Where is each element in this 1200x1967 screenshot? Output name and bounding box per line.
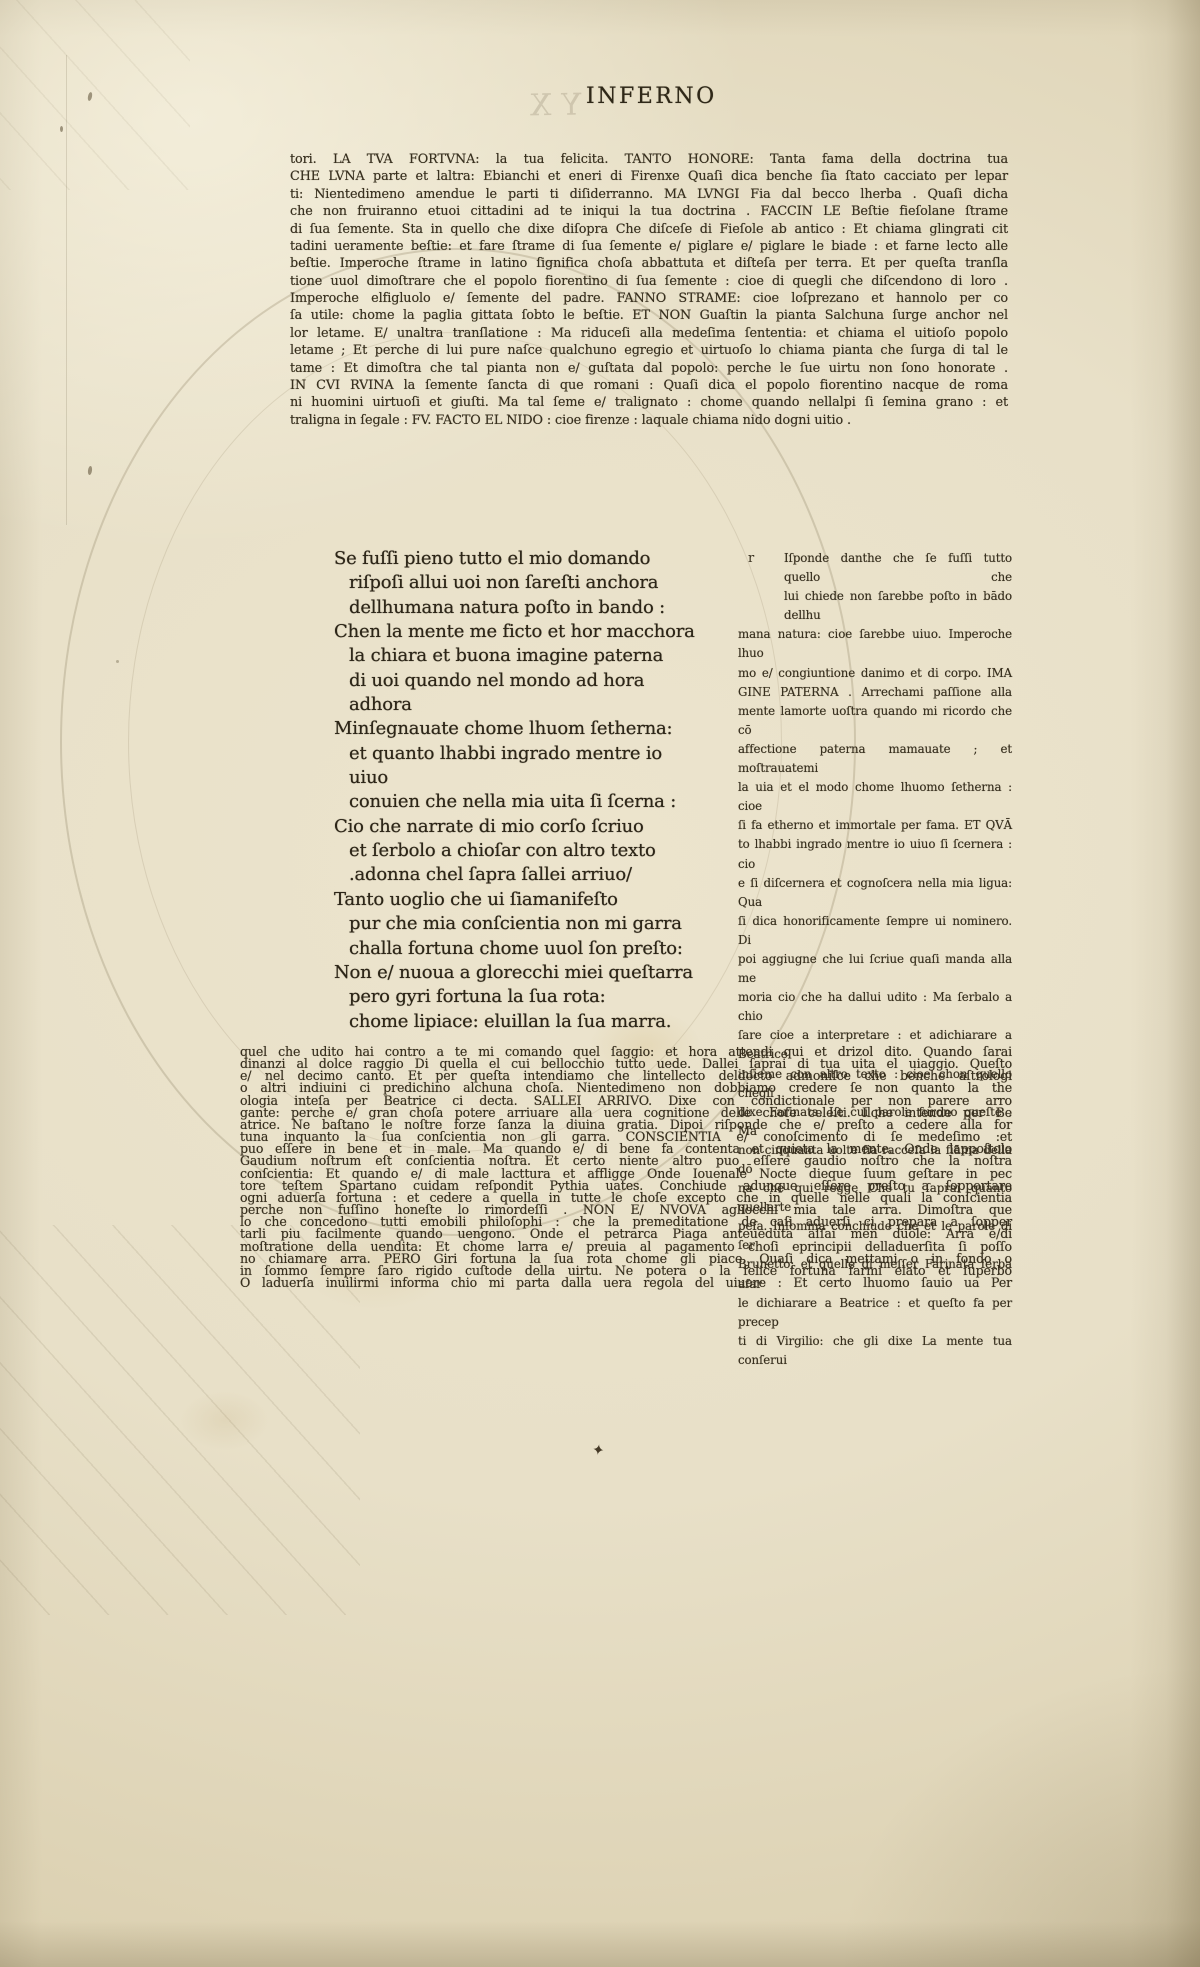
text-line: tame : Et dimoſtra che tal pianta non e/…	[290, 360, 1008, 377]
text-line: Imperoche elfigluolo e/ ſemente del padr…	[290, 290, 1008, 307]
ink-speck	[87, 466, 92, 475]
text-line: to lhabbi ingrado mentre io uiuo ſi ſcer…	[738, 835, 1012, 873]
text-line: CHE LVNA parte et laltra: Ebianchi et en…	[290, 168, 1008, 185]
text-line: pur che mia conſcientia non mi garra	[334, 912, 704, 936]
text-line: la uia et el modo chome lhuomo ſetherna …	[738, 778, 1012, 816]
text-line: challa fortuna chome uuol ſon preſto:	[334, 937, 704, 961]
text-line: ti di Virgilio: che gli dixe La mente tu…	[738, 1332, 1012, 1370]
text-line: ſi fa etherno et immortale per fama. ET …	[738, 816, 1012, 835]
text-line: che non fruiranno etuoi cittadini ad te …	[290, 203, 1008, 220]
text-line: moria cio che ha dallui udito : Ma ſerba…	[738, 988, 1012, 1026]
text-line: Non e/ nuoua a glorecchi miei queſtarra	[334, 961, 704, 985]
ink-speck	[116, 660, 119, 663]
text-line: IN CVI RVINA la ſemente ſancta di que ro…	[290, 377, 1008, 394]
text-line: ti: Nientedimeno amendue le parti ti diſ…	[290, 186, 1008, 203]
text-line: riſpoſi allui uoi non ſareſti anchora	[334, 571, 704, 595]
book-page: YX INFERNO tori. LA TVA FORTVNA: la tua …	[0, 0, 1200, 1967]
running-title: INFERNO	[586, 84, 717, 109]
text-line: Chen la mente me ficto et hor macchora	[334, 620, 704, 644]
text-line: Cio che narrate di mio corſo ſcriuo	[334, 815, 704, 839]
text-line: lui chiede non ſarebbe poſto in bādo del…	[738, 587, 1012, 625]
text-line: O laduerſa inuilirmi informa chio mi par…	[240, 1277, 1012, 1289]
text-line: affectione paterna mamauate ; et moſtrau…	[738, 740, 1012, 778]
text-line: beſtie. Imperoche ſtrame in latino ſigni…	[290, 255, 1008, 272]
text-line: letame ; Et perche di lui pure naſce qua…	[290, 342, 1008, 359]
text-line: GINE PATERNA . Arrechami paſſione alla	[738, 683, 1012, 702]
paper-crease	[66, 55, 67, 525]
text-line: ſa utile: chome la paglia gittata ſobto …	[290, 307, 1008, 324]
text-line: Iſponde danthe che ſe fuſſi tutto quello…	[738, 549, 1012, 587]
text-line: et ſerbolo a chioſar con altro texto	[334, 839, 704, 863]
text-line: Se fuſſi pieno tutto el mio domando	[334, 547, 704, 571]
paper-stain	[180, 1390, 270, 1450]
text-line: le dichiarare a Beatrice : et queſto fa …	[738, 1294, 1012, 1332]
text-line: Tanto uoglio che ui ſiamanifeſto	[334, 888, 704, 912]
text-line: mo e/ congiuntione danimo et di corpo. I…	[738, 664, 1012, 683]
commentary-top-block: tori. LA TVA FORTVNA: la tua felicita. T…	[290, 151, 1008, 429]
text-line: chome lipiace: eluillan la ſua marra.	[334, 1010, 704, 1034]
text-line: dellhumana natura poſto in bando :	[334, 596, 704, 620]
text-line: .adonna chel ſapra ſallei arriuo/	[334, 863, 704, 887]
text-line: Minſegnauate chome lhuom ſetherna:	[334, 717, 704, 741]
paper-chain-lines-top-left	[0, 0, 190, 190]
text-line: lor letame. E/ unaltra tranſlatione : Ma…	[290, 325, 1008, 342]
text-line: tori. LA TVA FORTVNA: la tua felicita. T…	[290, 151, 1008, 168]
ink-speck	[60, 126, 63, 132]
verso-showthrough-text: YX	[520, 87, 582, 123]
text-line: mente lamorte uoſtra quando mi ricordo c…	[738, 702, 1012, 740]
verse-column: Se fuſſi pieno tutto el mio domandoriſpo…	[334, 547, 704, 1034]
text-line: et quanto lhabbi ingrado mentre io uiuo	[334, 742, 704, 791]
text-line: di ſua ſemente. Sta in quello che dixe d…	[290, 221, 1008, 238]
text-line: conuien che nella mia uita ſi ſcerna :	[334, 790, 704, 814]
text-line: traligna in ſegale : FV. FACTO EL NIDO :…	[290, 412, 1008, 429]
text-line: mana natura: cioe ſarebbe uiuo. Imperoch…	[738, 625, 1012, 663]
text-line: e ſi diſcernera et cognoſcera nella mia …	[738, 874, 1012, 912]
text-line: pero gyri fortuna la ſua rota:	[334, 985, 704, 1009]
text-line: ni huomini uirtuoſi et giuſti. Ma tal ſe…	[290, 394, 1008, 411]
commentary-bottom-block: quel che udito hai contro a te mi comand…	[240, 1046, 1012, 1289]
text-line: di uoi quando nel mondo ad hora adhora	[334, 669, 704, 718]
text-line: la chiara et buona imagine paterna	[334, 644, 704, 668]
text-line: ſi dica honorificamente ſempre ui nomine…	[738, 912, 1012, 950]
text-line: tione uuol dimoſtrare che el popolo fior…	[290, 273, 1008, 290]
ink-speck	[87, 92, 93, 102]
text-line: tadini ueramente beſtie: et fare ſtrame …	[290, 238, 1008, 255]
printer-ornament: ✦	[591, 1440, 606, 1460]
text-line: poi aggiugne che lui ſcriue quaſi manda …	[738, 950, 1012, 988]
